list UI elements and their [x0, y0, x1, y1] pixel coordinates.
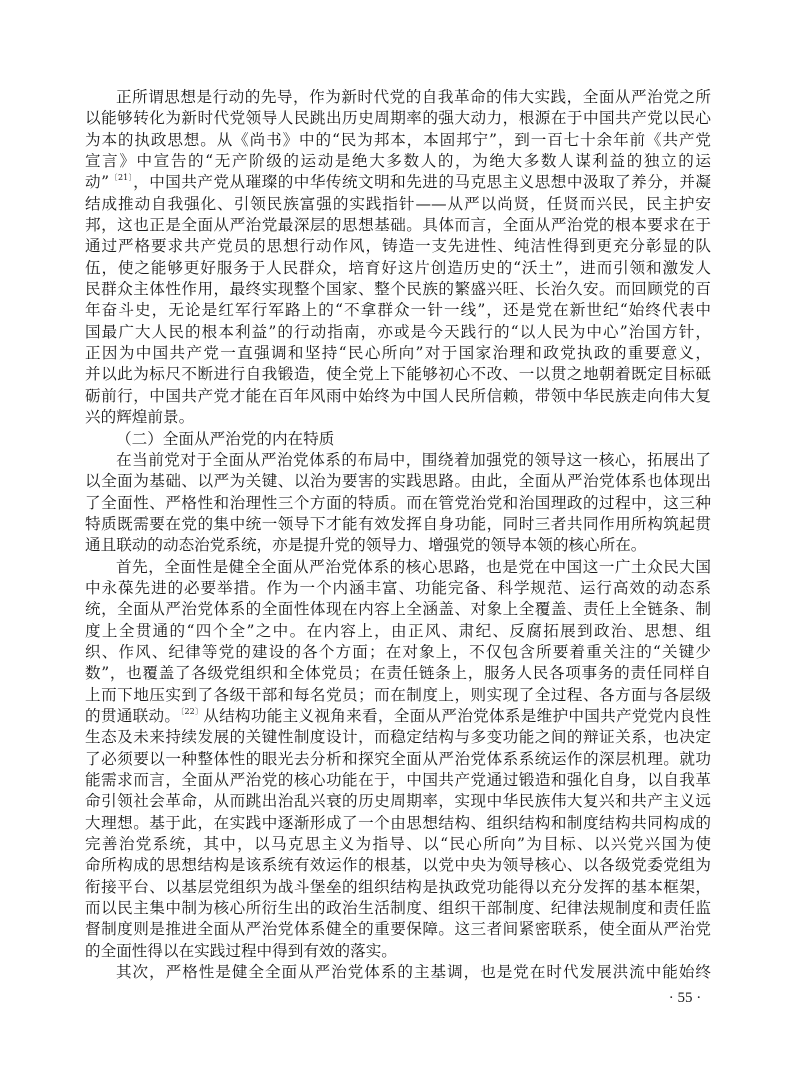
- line-text: 生态及未来持续发展的关键性制度设计，而稳定结构与多变功能之间的辩证关系，也决定: [85, 728, 711, 746]
- line-text: 而以民主集中制为核心所衍生出的政治生活制度、组织干部制度、纪律法规制度和责任监: [85, 899, 711, 917]
- text-line: 命所构成的思想结构是该系统有效运作的根基，以党中央为领导核心、以各级党委党组为: [85, 855, 711, 876]
- line-text: 从结构功能主义视角来看，全面从严治党体系是维护中国共产党党内良性: [203, 707, 711, 725]
- text-line: 了必须要以一种整体性的眼光去分析和探究全面从严治党体系系统运作的深层机理。就功: [85, 749, 711, 770]
- line-text: 年奋斗史，无论是红军行军路上的“不拿群众一针一线”，还是党在新世纪“始终代表中: [85, 301, 711, 319]
- line-text: 以全面为基础、以严为关键、以治为要害的实践思路。由此，全面从严治党体系也体现出: [85, 472, 711, 490]
- line-text: 宣言》中宣告的“无产阶级的运动是绝大多数人的，为绝大多数人谋利益的独立的运: [85, 152, 711, 170]
- text-line: 兴的辉煌前景。: [85, 407, 711, 428]
- line-text: 衔接平台、以基层党组织为战斗堡垒的组织结构是执政党功能得以充分发挥的基本框架，: [85, 878, 711, 896]
- line-text: 其次，严格性是健全全面从严治党体系的主基调，也是党在时代发展洪流中能始终: [116, 963, 711, 981]
- text-line: 的全面性得以在实践过程中得到有效的落实。: [85, 941, 711, 962]
- text-line: 度上全贯通的“四个全”之中。在内容上，由正风、肃纪、反腐拓展到政治、思想、组: [85, 621, 711, 642]
- page-number: · 55 ·: [660, 990, 710, 1007]
- text-line: 在当前党对于全面从严治党体系的布局中，围绕着加强党的领导这一核心，拓展出了: [85, 450, 711, 471]
- text-line: 命引领社会革命，从而跳出治乱兴衰的历史周期率，实现中华民族伟大复兴和共产主义远: [85, 791, 711, 812]
- text-line: 能需求而言，全面从严治党的核心功能在于，中国共产党通过锻造和强化自身，以自我革: [85, 770, 711, 791]
- line-text: 了必须要以一种整体性的眼光去分析和探究全面从严治党体系系统运作的深层机理。就功: [85, 750, 711, 768]
- line-text: 为本的执政思想。从《尚书》中的“民为邦本，本固邦宁”，到一百七十余年前《共产党: [85, 131, 711, 149]
- line-text: 首先，全面性是健全全面从严治党体系的核心思路，也是党在中国这一广土众民大国: [116, 558, 711, 576]
- line-text: （二）全面从严治党的内在特质: [116, 430, 334, 448]
- text-line: 中永葆先进的必要举措。作为一个内涵丰富、功能完备、科学规范、运行高效的动态系: [85, 578, 711, 599]
- text-line: 了全面性、严格性和治理性三个方面的特质。而在管党治党和治国理政的过程中，这三种: [85, 493, 711, 514]
- line-text: 命引领社会革命，从而跳出治乱兴衰的历史周期率，实现中华民族伟大复兴和共产主义远: [85, 792, 711, 810]
- line-text: 通过严格要求共产党员的思想行动作风，铸造一支先进性、纯洁性得到更充分彰显的队: [85, 237, 711, 255]
- text-line: 上而下地压实到了各级干部和每名党员；而在制度上，则实现了全过程、各方面与各层级: [85, 685, 711, 706]
- text-line: 民群众主体性作用，最终实现整个国家、整个民族的繁盛兴旺、长治久安。而回顾党的百: [85, 279, 711, 300]
- document-page: 正所谓思想是行动的先导，作为新时代党的自我革命的伟大实践，全面从严治党之所以能够…: [0, 0, 794, 1077]
- citation-reference: 〔21〕: [109, 173, 133, 182]
- line-text: 特质既需要在党的集中统一领导下才能有效发挥自身功能，同时三者共同作用所构筑起贯: [85, 515, 711, 533]
- text-line: 正因为中国共产党一直强调和坚持“民心所向”对于国家治理和政党执政的重要意义，: [85, 343, 711, 364]
- section-heading: （二）全面从严治党的内在特质: [85, 429, 711, 450]
- text-line: 伍，使之能够更好服务于人民群众，培育好这片创造历史的“沃土”，进而引领和激发人: [85, 258, 711, 279]
- line-text: 结成推动自我强化、引领民族富强的实践指针——从严以尚贤，任贤而兴民，民主护安: [85, 195, 711, 213]
- line-text: 国最广大人民的根本利益”的行动指南，亦或是今天践行的“以人民为中心”治国方针，: [85, 323, 711, 341]
- line-text: 督制度则是推进全面从严治党体系健全的重要保障。这三者间紧密联系，使全面从严治党: [85, 920, 711, 938]
- text-line: 生态及未来持续发展的关键性制度设计，而稳定结构与多变功能之间的辩证关系，也决定: [85, 727, 711, 748]
- line-text: 数”，也覆盖了各级党组织和全体党员；在责任链条上，服务人民各项事务的责任同样自: [85, 664, 711, 682]
- text-line: 的贯通联动。〔22〕从结构功能主义视角来看，全面从严治党体系是维护中国共产党党内…: [85, 706, 711, 727]
- line-text: 统，全面从严治党体系的全面性体现在内容上全涵盖、对象上全覆盖、责任上全链条、制: [85, 600, 711, 618]
- line-text: 的全面性得以在实践过程中得到有效的落实。: [85, 942, 397, 960]
- line-text: 以能够转化为新时代党领导人民跳出历史周期率的强大动力，根源在于中国共产党以民心: [85, 109, 711, 127]
- line-text: 完善治党系统，其中，以马克思主义为指导、以“民心所向”为目标、以兴党兴国为使: [85, 835, 711, 853]
- text-line: 大理想。基于此，在实践中逐渐形成了一个由思想结构、组织结构和制度结构共同构成的: [85, 813, 711, 834]
- text-line: 国最广大人民的根本利益”的行动指南，亦或是今天践行的“以人民为中心”治国方针，: [85, 322, 711, 343]
- body-text: 正所谓思想是行动的先导，作为新时代党的自我革命的伟大实践，全面从严治党之所以能够…: [85, 87, 711, 983]
- line-text: 兴的辉煌前景。: [85, 408, 194, 426]
- text-line: 年奋斗史，无论是红军行军路上的“不拿群众一针一线”，还是党在新世纪“始终代表中: [85, 300, 711, 321]
- citation-reference: 〔22〕: [180, 707, 203, 716]
- line-text: 砺前行，中国共产党才能在百年风雨中始终为中国人民所信赖，带领中华民族走向伟大复: [85, 387, 711, 405]
- line-text: 上而下地压实到了各级干部和每名党员；而在制度上，则实现了全过程、各方面与各层级: [85, 686, 711, 704]
- line-text: 邦，这也正是全面从严治党最深层的思想基础。具体而言，全面从严治党的根本要求在于: [85, 216, 711, 234]
- line-text: 织、作风、纪律等党的建设的各个方面；在对象上，不仅包含所要着重关注的“关键少: [85, 643, 711, 661]
- line-text: 伍，使之能够更好服务于人民群众，培育好这片创造历史的“沃土”，进而引领和激发人: [85, 259, 711, 277]
- text-line: 衔接平台、以基层党组织为战斗堡垒的组织结构是执政党功能得以充分发挥的基本框架，: [85, 877, 711, 898]
- text-line: 正所谓思想是行动的先导，作为新时代党的自我革命的伟大实践，全面从严治党之所: [85, 87, 711, 108]
- text-line: 并以此为标尺不断进行自我锻造，使全党上下能够初心不改、一以贯之地朝着既定目标砥: [85, 364, 711, 385]
- text-line: 特质既需要在党的集中统一领导下才能有效发挥自身功能，同时三者共同作用所构筑起贯: [85, 514, 711, 535]
- line-text: 正所谓思想是行动的先导，作为新时代党的自我革命的伟大实践，全面从严治党之所: [116, 88, 711, 106]
- text-line: 宣言》中宣告的“无产阶级的运动是绝大多数人的，为绝大多数人谋利益的独立的运: [85, 151, 711, 172]
- text-line: 数”，也覆盖了各级党组织和全体党员；在责任链条上，服务人民各项事务的责任同样自: [85, 663, 711, 684]
- text-line: 首先，全面性是健全全面从严治党体系的核心思路，也是党在中国这一广土众民大国: [85, 557, 711, 578]
- line-text: 的贯通联动。: [85, 707, 180, 725]
- text-line: 以能够转化为新时代党领导人民跳出历史周期率的强大动力，根源在于中国共产党以民心: [85, 108, 711, 129]
- line-text: 通且联动的动态治党系统，亦是提升党的领导力、增强党的领导本领的核心所在。: [85, 536, 646, 554]
- text-line: 为本的执政思想。从《尚书》中的“民为邦本，本固邦宁”，到一百七十余年前《共产党: [85, 130, 711, 151]
- text-line: 织、作风、纪律等党的建设的各个方面；在对象上，不仅包含所要着重关注的“关键少: [85, 642, 711, 663]
- line-text: 民群众主体性作用，最终实现整个国家、整个民族的繁盛兴旺、长治久安。而回顾党的百: [85, 280, 711, 298]
- line-text: ，中国共产党从璀璨的中华传统文明和先进的马克思主义思想中汲取了养分，并凝: [133, 173, 711, 191]
- text-line: 督制度则是推进全面从严治党体系健全的重要保障。这三者间紧密联系，使全面从严治党: [85, 919, 711, 940]
- line-text: 并以此为标尺不断进行自我锻造，使全党上下能够初心不改、一以贯之地朝着既定目标砥: [85, 365, 711, 383]
- line-text: 度上全贯通的“四个全”之中。在内容上，由正风、肃纪、反腐拓展到政治、思想、组: [85, 622, 711, 640]
- line-text: 正因为中国共产党一直强调和坚持“民心所向”对于国家治理和政党执政的重要意义，: [85, 344, 711, 362]
- line-text: 能需求而言，全面从严治党的核心功能在于，中国共产党通过锻造和强化自身，以自我革: [85, 771, 711, 789]
- line-text: 动”: [85, 173, 109, 191]
- line-text: 大理想。基于此，在实践中逐渐形成了一个由思想结构、组织结构和制度结构共同构成的: [85, 814, 711, 832]
- text-line: 通且联动的动态治党系统，亦是提升党的领导力、增强党的领导本领的核心所在。: [85, 535, 711, 556]
- line-text: 了全面性、严格性和治理性三个方面的特质。而在管党治党和治国理政的过程中，这三种: [85, 494, 711, 512]
- text-line: 结成推动自我强化、引领民族富强的实践指针——从严以尚贤，任贤而兴民，民主护安: [85, 194, 711, 215]
- line-text: 命所构成的思想结构是该系统有效运作的根基，以党中央为领导核心、以各级党委党组为: [85, 856, 711, 874]
- text-line: 以全面为基础、以严为关键、以治为要害的实践思路。由此，全面从严治党体系也体现出: [85, 471, 711, 492]
- text-line: 动”〔21〕，中国共产党从璀璨的中华传统文明和先进的马克思主义思想中汲取了养分，…: [85, 172, 711, 193]
- text-line: 其次，严格性是健全全面从严治党体系的主基调，也是党在时代发展洪流中能始终: [85, 962, 711, 983]
- line-text: 中永葆先进的必要举措。作为一个内涵丰富、功能完备、科学规范、运行高效的动态系: [85, 579, 711, 597]
- text-line: 完善治党系统，其中，以马克思主义为指导、以“民心所向”为目标、以兴党兴国为使: [85, 834, 711, 855]
- line-text: 在当前党对于全面从严治党体系的布局中，围绕着加强党的领导这一核心，拓展出了: [116, 451, 711, 469]
- text-line: 邦，这也正是全面从严治党最深层的思想基础。具体而言，全面从严治党的根本要求在于: [85, 215, 711, 236]
- text-line: 而以民主集中制为核心所衍生出的政治生活制度、组织干部制度、纪律法规制度和责任监: [85, 898, 711, 919]
- text-line: 通过严格要求共产党员的思想行动作风，铸造一支先进性、纯洁性得到更充分彰显的队: [85, 236, 711, 257]
- text-line: 砺前行，中国共产党才能在百年风雨中始终为中国人民所信赖，带领中华民族走向伟大复: [85, 386, 711, 407]
- text-line: 统，全面从严治党体系的全面性体现在内容上全涵盖、对象上全覆盖、责任上全链条、制: [85, 599, 711, 620]
